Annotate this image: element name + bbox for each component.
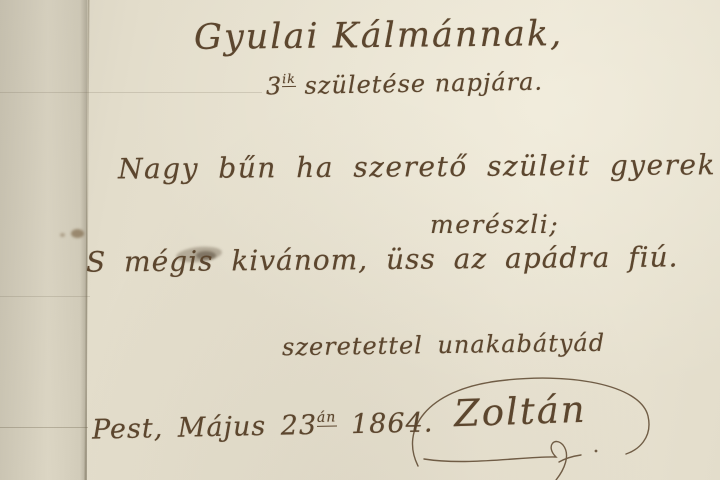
letter-title: Gyulai Kálmánnak, (194, 14, 564, 58)
poem-line-2: merészli; (430, 210, 559, 239)
poem-line-3: S mégis kivánom, üss az apádra fiú. (86, 240, 679, 278)
ink-stain (60, 233, 65, 237)
dedication-ordinal-superscript: ik (282, 73, 296, 88)
folded-left-margin (0, 0, 87, 480)
date-place-day: Pest, Május 23 (92, 410, 318, 446)
signature-name: Zoltán (453, 388, 587, 436)
dedication-number: 3 (266, 72, 283, 100)
closing-salutation: szeretettel unakabátyád (282, 329, 605, 362)
poem-line-1: Nagy bűn ha szerető szüleit gyerek ütni (118, 148, 720, 186)
horizontal-crease (0, 296, 90, 297)
horizontal-crease (0, 92, 262, 93)
letter-page: Gyulai Kálmánnak, 3ik születése napjára.… (0, 0, 720, 480)
date-ordinal-superscript: án (317, 410, 337, 426)
dedication-line: 3ik születése napjára. (266, 68, 543, 101)
dedication-text: születése napjára. (296, 68, 544, 100)
signature-block: Zoltán (398, 366, 678, 480)
horizontal-fold-corner (0, 427, 88, 428)
date-line: Pest, Május 23án 1864. (92, 407, 434, 445)
ink-stain (71, 229, 84, 238)
